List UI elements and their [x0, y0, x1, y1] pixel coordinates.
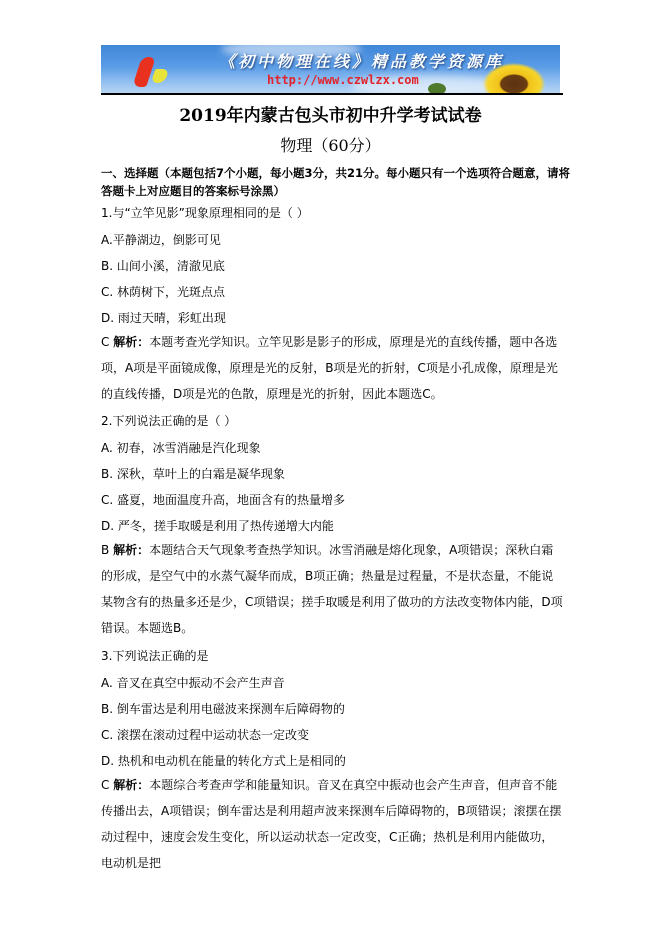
option-b: B. 倒车雷达是利用电磁波来探测车后障碍物的 [101, 701, 345, 717]
document-title: 2019年内蒙古包头市初中升学考试试卷 [0, 101, 661, 126]
answer-letter: B [101, 543, 109, 557]
document-subtitle: 物理（60分） [0, 133, 661, 156]
banner-title: 《初中物理在线》精品教学资源库 [219, 49, 504, 72]
header-banner: 《初中物理在线》精品教学资源库 http://www.czwlzx.com [101, 45, 560, 93]
option-a: A. 音叉在真空中振动不会产生声音 [101, 675, 285, 691]
option-d: D. 热机和电动机在能量的转化方式上是相同的 [101, 753, 346, 769]
analysis: C 解析：本题综合考查声学和能量知识。音叉在真空中振动也会产生声音，但声音不能传… [101, 772, 563, 876]
analysis-label: 解析： [113, 778, 149, 792]
question-stem: 1.与“立竿见影”现象原理相同的是（ ） [101, 205, 309, 221]
option-c: C. 滚摆在滚动过程中运动状态一定改变 [101, 727, 309, 743]
option-d: D. 雨过天晴，彩虹出现 [101, 310, 226, 326]
logo-icon [132, 57, 156, 87]
analysis-text: 本题综合考查声学和能量知识。音叉在真空中振动也会产生声音，但声音不能传播出去，A… [101, 778, 561, 870]
analysis-text: 本题结合天气现象考查热学知识。冰雪消融是熔化现象，A项错误；深秋白霜的形成，是空… [101, 543, 563, 635]
option-c: C. 盛夏，地面温度升高，地面含有的热量增多 [101, 492, 345, 508]
answer-letter: C [101, 778, 109, 792]
analysis-label: 解析： [113, 543, 149, 557]
question-stem: 3.下列说法正确的是 [101, 648, 208, 664]
analysis: C 解析：本题考查光学知识。立竿见影是影子的形成，原理是光的直线传播，题中各选项… [101, 329, 563, 407]
option-a: A.平静湖边，倒影可见 [101, 232, 221, 248]
banner-url: http://www.czwlzx.com [267, 73, 419, 87]
analysis: B 解析：本题结合天气现象考查热学知识。冰雪消融是熔化现象，A项错误；深秋白霜的… [101, 537, 563, 641]
analysis-text: 本题考查光学知识。立竿见影是影子的形成，原理是光的直线传播，题中各选项，A项是平… [101, 335, 558, 401]
answer-letter: C [101, 335, 109, 349]
option-d: D. 严冬，搓手取暖是利用了热传递增大内能 [101, 518, 334, 534]
option-a: A. 初春，冰雪消融是汽化现象 [101, 440, 261, 456]
option-c: C. 林荫树下，光斑点点 [101, 284, 225, 300]
banner-divider [101, 93, 563, 95]
question-stem: 2.下列说法正确的是（ ） [101, 413, 236, 429]
option-b: B. 山间小溪，清澈见底 [101, 258, 225, 274]
sunflower-icon [483, 63, 545, 93]
option-b: B. 深秋，草叶上的白霜是凝华现象 [101, 466, 285, 482]
section-heading: 一、选择题（本题包括7个小题，每小题3分，共21分。每小题只有一个选项符合题意，… [101, 164, 571, 200]
leaf-decoration [428, 83, 446, 93]
logo-icon-accent [150, 69, 169, 83]
analysis-label: 解析： [113, 335, 149, 349]
